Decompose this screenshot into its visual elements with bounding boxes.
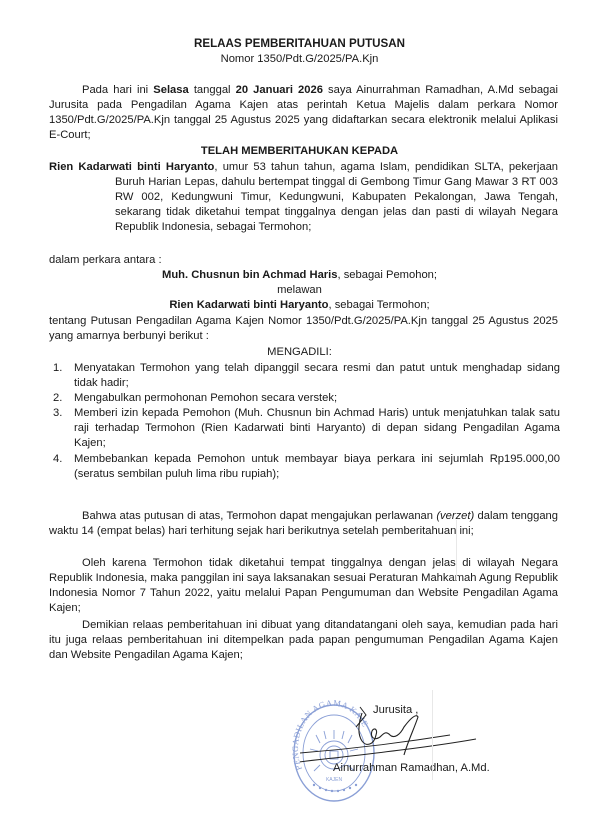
respondent-name: Rien Kadarwati binti Haryanto [169, 299, 328, 311]
unknown-residence-paragraph: Oleh karena Termohon tidak diketahui tem… [49, 556, 558, 616]
intro-day: Selasa [153, 84, 188, 96]
case-number: Nomor 1350/Pdt.G/2025/PA.Kjn [0, 52, 599, 67]
verzet-paragraph: Bahwa atas putusan di atas, Termohon dap… [49, 509, 558, 539]
recipient-name: Rien Kadarwati binti Haryanto [49, 161, 214, 173]
ruling-item: 4. Membebankan kepada Pemohon untuk memb… [0, 452, 560, 482]
svg-text:KAJEN: KAJEN [326, 777, 343, 783]
closing-paragraph: Demikian relaas pemberitahuan ini dibuat… [49, 618, 558, 663]
document-title: RELAAS PEMBERITAHUAN PUTUSAN [0, 36, 599, 51]
petitioner-line: Muh. Chusnun bin Achmad Haris, sebagai P… [0, 268, 599, 283]
ruling-list: 1. Menyatakan Termohon yang telah dipang… [0, 361, 560, 482]
scan-artifact [456, 520, 457, 580]
document-page: RELAAS PEMBERITAHUAN PUTUSAN Nomor 1350/… [0, 0, 599, 839]
ruling-heading: MENGADILI: [0, 345, 599, 360]
respondent-line: Rien Kadarwati binti Haryanto, sebagai T… [0, 298, 599, 313]
ruling-item: 1. Menyatakan Termohon yang telah dipang… [0, 361, 560, 391]
ruling-item: 3. Memberi izin kepada Pemohon (Muh. Chu… [0, 406, 560, 451]
intro-date: 20 Januari 2026 [236, 84, 323, 96]
signer-name: Ainurrahman Ramadhan, A.Md. [333, 761, 490, 776]
ruling-item: 2. Mengabulkan permohonan Pemohon secara… [0, 391, 560, 406]
petitioner-name: Muh. Chusnun bin Achmad Haris [162, 269, 337, 281]
case-between-label: dalam perkara antara : [49, 253, 558, 268]
ruling-intro: tentang Putusan Pengadilan Agama Kajen N… [49, 314, 558, 344]
recipient-description: Rien Kadarwati binti Haryanto, umur 53 t… [49, 160, 558, 235]
notified-heading: TELAH MEMBERITAHUKAN KEPADA [0, 144, 599, 159]
intro-paragraph: Pada hari ini Selasa tanggal 20 Januari … [49, 83, 558, 143]
versus-label: melawan [0, 283, 599, 298]
scan-artifact [432, 690, 433, 780]
